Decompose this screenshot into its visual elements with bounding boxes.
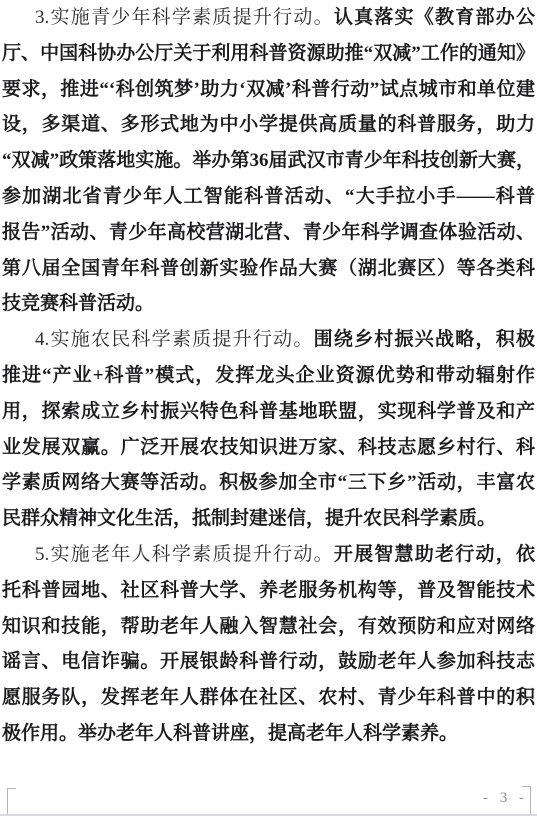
- text-line: 推进“产业+科普”模式，发挥龙头企业资源优势和带动辐射作: [2, 358, 535, 394]
- paragraph-lead: 4.实施农民科学素质提升行动。: [35, 329, 314, 350]
- paragraph-first-line-text: 认真落实《教育部办公: [334, 7, 535, 28]
- text-line: 托科普园地、社区科普大学、养老服务机构等，普及智能技术: [2, 573, 535, 609]
- text-line: 谣言、电信诈骗。开展银龄科普行动，鼓励老年人参加科技志: [2, 644, 535, 680]
- text-line: 技竞赛科普活动。: [2, 286, 535, 322]
- text-line: 业发展双赢。广泛开展农技知识进万家、科技志愿乡村行、科: [2, 430, 535, 466]
- page-number: - 3 -: [483, 790, 528, 807]
- paragraph-first-line-text: 开展智慧助老行动，依: [334, 544, 535, 565]
- text-line: 学素质网络大赛等活动。积极参加全市“三下乡”活动，丰富农: [2, 465, 535, 501]
- paragraph-lead: 3.实施青少年科学素质提升行动。: [35, 7, 334, 28]
- text-line: 愿服务队，发挥老年人群体在社区、农村、青少年科普中的积: [2, 680, 535, 716]
- document-page: 3.实施青少年科学素质提升行动。认真落实《教育部办公厅、中国科协办公厅关于利用科…: [0, 0, 537, 818]
- text-line: 报告”活动、青少年高校营湖北营、青少年科学调查体验活动、: [2, 215, 535, 251]
- text-line: 第八届全国青年科普创新实验作品大赛（湖北赛区）等各类科: [2, 251, 535, 287]
- paragraph: 4.实施农民科学素质提升行动。围绕乡村振兴战略，积极推进“产业+科普”模式，发挥…: [2, 322, 535, 537]
- text-line: 民群众精神文化生活，抵制封建迷信，提升农民科学素质。: [2, 501, 535, 537]
- text-line: 3.实施青少年科学素质提升行动。认真落实《教育部办公: [2, 0, 535, 36]
- text-line: 5.实施老年人科学素质提升行动。开展智慧助老行动，依: [2, 537, 535, 573]
- text-line: 参加湖北省青少年人工智能科普活动、“大手拉小手——科普: [2, 179, 535, 215]
- text-line: 设，多渠道、多形式地为中小学提供高质量的科普服务，助力: [2, 107, 535, 143]
- text-line: 要求，推进“‘科创筑梦’助力‘双减’科普行动”试点城市和单位建: [2, 72, 535, 108]
- document-text-block: 3.实施青少年科学素质提升行动。认真落实《教育部办公厅、中国科协办公厅关于利用科…: [2, 0, 535, 752]
- page-bottom-border: [0, 814, 537, 816]
- paragraph-lead: 5.实施老年人科学素质提升行动。: [35, 544, 334, 565]
- text-line: 知识和技能，帮助老年人融入智慧社会，有效预防和应对网络: [2, 609, 535, 645]
- text-line: 极作用。举办老年人科普讲座，提高老年人科学素养。: [2, 716, 535, 752]
- text-line: “双减”政策落地实施。举办第36届武汉市青少年科技创新大赛，: [2, 143, 535, 179]
- paragraph: 5.实施老年人科学素质提升行动。开展智慧助老行动，依托科普园地、社区科普大学、养…: [2, 537, 535, 752]
- text-line: 厅、中国科协办公厅关于利用科普资源助推“双减”工作的通知》: [2, 36, 535, 72]
- footer-corner-mark-left: [7, 788, 16, 814]
- paragraph-first-line-text: 围绕乡村振兴战略，积极: [314, 329, 535, 350]
- text-line: 用，探索成立乡村振兴特色科普基地联盟，实现科学普及和产: [2, 394, 535, 430]
- paragraph: 3.实施青少年科学素质提升行动。认真落实《教育部办公厅、中国科协办公厅关于利用科…: [2, 0, 535, 322]
- text-line: 4.实施农民科学素质提升行动。围绕乡村振兴战略，积极: [2, 322, 535, 358]
